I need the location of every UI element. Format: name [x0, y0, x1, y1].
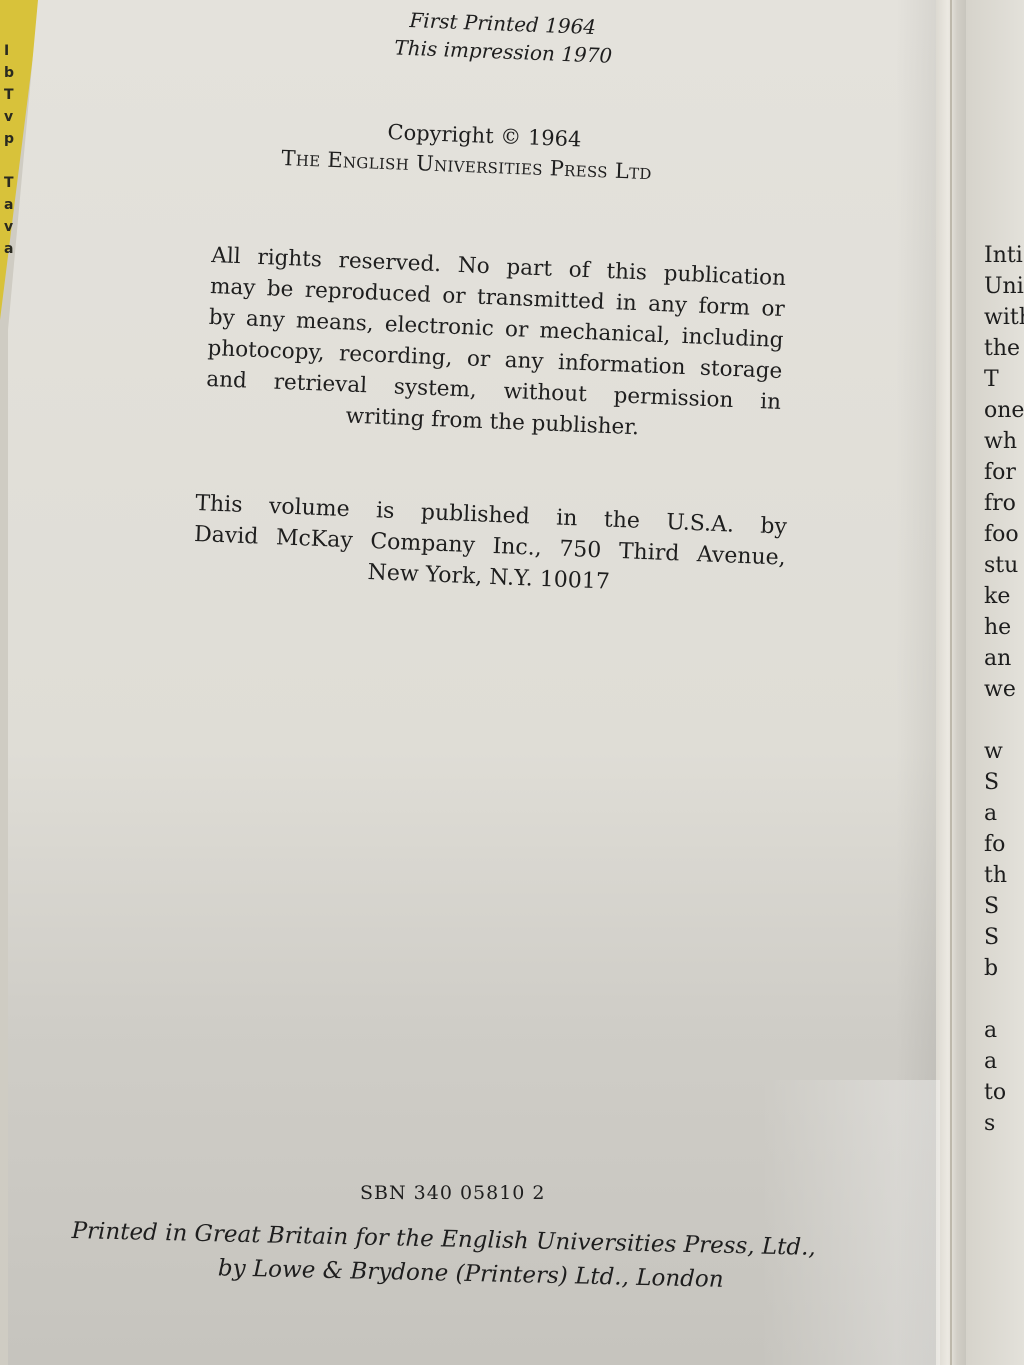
facing-page-fragment: we — [984, 674, 1024, 705]
facing-page-fragment: the — [984, 333, 1024, 364]
facing-page-fragment: w — [984, 736, 1024, 767]
facing-page-fragment: one — [984, 395, 1024, 426]
facing-page-fragment: foo — [984, 519, 1024, 550]
facing-page-fragment: S — [984, 891, 1024, 922]
facing-page-fragment — [984, 984, 1024, 1015]
facing-page-fragment — [984, 705, 1024, 736]
facing-page-fragment: fro — [984, 488, 1024, 519]
facing-page-text: IntiUniwiththeTonewhforfrofoostukeheanwe… — [984, 240, 1024, 1139]
yellow-cover-fragment: v — [4, 106, 24, 128]
facing-page-fragment: a — [984, 1015, 1024, 1046]
facing-page-fragment: wh — [984, 426, 1024, 457]
yellow-cover-fragment: p — [4, 128, 24, 150]
rights-reserved-notice: All rights reserved. No part of this pub… — [205, 240, 787, 449]
imprint-history: First Printed 1964 This impression 1970 — [408, 6, 614, 70]
facing-page-fragment: a — [984, 1046, 1024, 1077]
facing-page-fragment: Inti — [984, 240, 1024, 271]
yellow-cover-fragment: I — [4, 40, 24, 62]
facing-page-fragment: an — [984, 643, 1024, 674]
yellow-cover-fragment: b — [4, 62, 24, 84]
facing-page-fragment: with — [984, 302, 1024, 333]
yellow-cover-fragment — [4, 150, 24, 172]
sbn-number: SBN 340 05810 2 — [360, 1182, 546, 1204]
facing-page-fragment: ke — [984, 581, 1024, 612]
facing-page-fragment: T — [984, 364, 1024, 395]
facing-page-fragment: th — [984, 860, 1024, 891]
facing-page-fragment: to — [984, 1077, 1024, 1108]
facing-page-fragment: a — [984, 798, 1024, 829]
facing-page-fragment: b — [984, 953, 1024, 984]
facing-page-fragment: Uni — [984, 271, 1024, 302]
page-edge-line — [950, 0, 952, 1365]
facing-page-fragment: S — [984, 767, 1024, 798]
facing-page-fragment: he — [984, 612, 1024, 643]
facing-page: IntiUniwiththeTonewhforfrofoostukeheanwe… — [966, 0, 1024, 1365]
yellow-cover-fragment: T — [4, 84, 24, 106]
light-glare — [760, 1080, 940, 1365]
facing-page-fragment: stu — [984, 550, 1024, 581]
facing-page-fragment: S — [984, 922, 1024, 953]
facing-page-fragment: fo — [984, 829, 1024, 860]
facing-page-fragment: for — [984, 457, 1024, 488]
facing-page-fragment: s — [984, 1108, 1024, 1139]
